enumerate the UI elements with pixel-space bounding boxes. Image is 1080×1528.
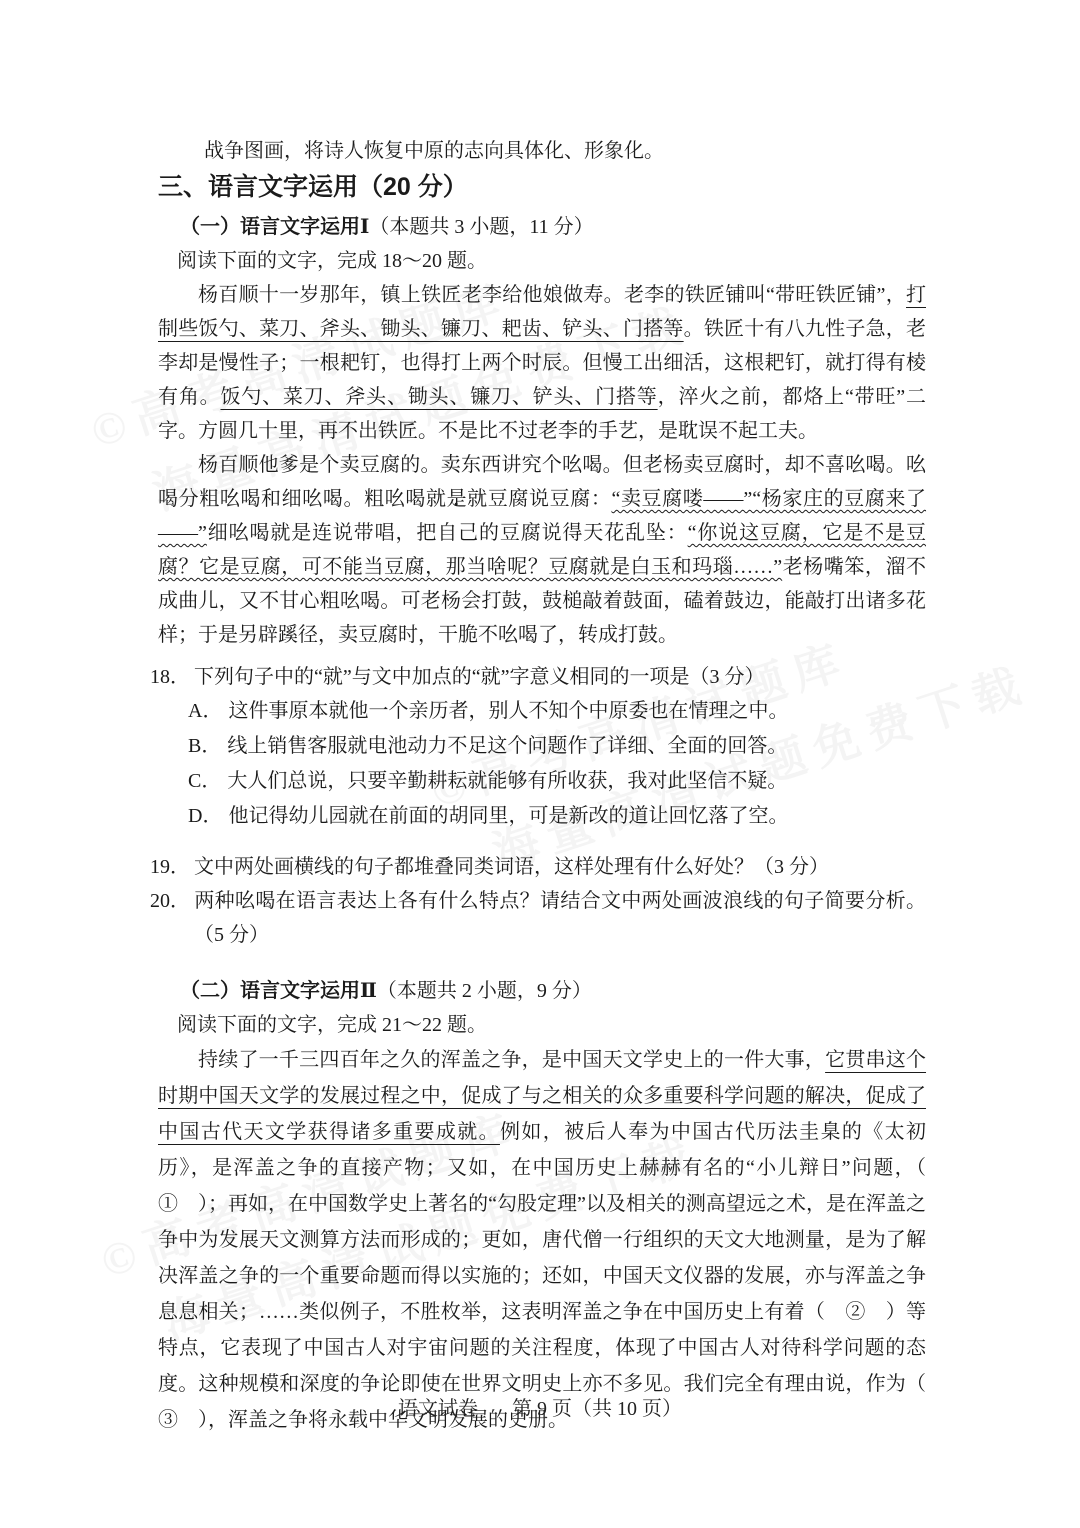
question-18-option-c: C．大人们总说，只要辛勤耕耘就能够有所收获，我对此坚信不疑。 [158, 764, 926, 799]
option-d-label: D． [188, 805, 222, 827]
option-b-label: B． [188, 735, 221, 757]
passage-segment: 就 [426, 488, 447, 510]
question-19-stem: 文中两处画横线的句子都堆叠同类词语，这样处理有什么好处？（3 分） [194, 856, 829, 878]
part1-heading-info: （本题共 3 小题，11 分） [369, 216, 593, 238]
question-18-stem: 下列句子中的“就”与文中加点的“就”字意义相同的一项是（3 分） [194, 666, 765, 688]
passage-segment: 是就豆腐说豆腐： [447, 488, 612, 510]
footer-page-number: 第 9 页（共 10 页） [512, 1398, 682, 1420]
option-b-text: 线上销售客服就电池动力不足这个问题作了详细、全面的回答。 [227, 735, 787, 757]
page-footer: 语文试卷第 9 页（共 10 页） [0, 1392, 1080, 1421]
question-18-number: 18． [150, 660, 194, 694]
passage-segment: 例如，被后人奉为中国古代历法圭臬的《太初历》，是浑盖之争的直接产物；又如，在中国… [158, 1121, 946, 1431]
part2-heading-info: （本题共 2 小题，9 分） [377, 980, 592, 1002]
exam-page: ©高考高清试题库 海量高清试题免费下载 ©高考高清试题库 海量高清试题免费下载 … [0, 0, 1080, 1528]
passage-paragraph-2: 杨百顺他爹是个卖豆腐的。卖东西讲究个吆喝。但老杨卖豆腐时，却不喜吆喝。吆喝分粗吆… [158, 448, 926, 652]
passage-segment: 杨百顺十一岁那年，镇上铁匠老李给他娘做寿。老李的铁匠铺叫“带旺铁匠铺”， [198, 284, 906, 306]
passage-paragraph-1: 杨百顺十一岁那年，镇上铁匠老李给他娘做寿。老李的铁匠铺叫“带旺铁匠铺”，打制些饭… [158, 278, 926, 448]
question-19-number: 19． [150, 850, 194, 884]
footer-exam-title: 语文试卷 [398, 1398, 478, 1420]
question-20-stem: 两种吆喝在语言表达上各有什么特点？请结合文中两处画波浪线的句子简要分析。（5 分… [194, 890, 926, 946]
section-heading: 三、语言文字运用（20 分） [158, 168, 926, 206]
passage-segment: 持续了一千三四百年之久的浑盖之争，是中国天文学史上的一件大事， [198, 1049, 825, 1071]
passage-segment: 饭勺、菜刀、斧头、锄头、镰刀、铲头、门搭等 [220, 386, 657, 408]
part1-heading: （一）语言文字运用Ⅰ（本题共 3 小题，11 分） [158, 210, 926, 244]
part1-reading-instruction: 阅读下面的文字，完成 18～20 题。 [158, 244, 926, 278]
option-c-label: C． [188, 770, 221, 792]
part1-heading-title: （一）语言文字运用Ⅰ [180, 216, 369, 238]
option-a-text: 这件事原本就他一个亲历者，别人不知个中原委也在情理之中。 [228, 700, 788, 722]
question-18-option-a: A．这件事原本就他一个亲历者，别人不知个中原委也在情理之中。 [158, 694, 926, 729]
question-18: 18．下列句子中的“就”与文中加点的“就”字意义相同的一项是（3 分） [150, 660, 926, 694]
part2-heading-title: （二）语言文字运用Ⅱ [180, 980, 377, 1002]
answer-continuation-line: 战争图画，将诗人恢复中原的志向具体化、形象化。 [158, 134, 926, 168]
part2-heading: （二）语言文字运用Ⅱ（本题共 2 小题，9 分） [158, 974, 926, 1008]
question-18-option-d: D．他记得幼儿园就在前面的胡同里，可是新改的道让回忆落了空。 [158, 799, 926, 834]
question-20-number: 20． [150, 884, 194, 918]
passage-paragraph-3: 持续了一千三四百年之久的浑盖之争，是中国天文学史上的一件大事，它贯串这个时期中国… [158, 1042, 926, 1438]
exam-content: 战争图画，将诗人恢复中原的志向具体化、形象化。 三、语言文字运用（20 分） （… [158, 134, 926, 1438]
option-d-text: 他记得幼儿园就在前面的胡同里，可是新改的道让回忆落了空。 [228, 805, 788, 827]
question-20: 20．两种吆喝在语言表达上各有什么特点？请结合文中两处画波浪线的句子简要分析。（… [150, 884, 926, 952]
passage-segment: 细吆喝就是连说带唱，把自己的豆腐说得天花乱坠： [207, 522, 688, 544]
question-19: 19．文中两处画横线的句子都堆叠同类词语，这样处理有什么好处？（3 分） [150, 850, 926, 884]
part2-reading-instruction: 阅读下面的文字，完成 21～22 题。 [158, 1008, 926, 1042]
option-c-text: 大人们总说，只要辛勤耕耘就能够有所收获，我对此坚信不疑。 [227, 770, 787, 792]
option-a-label: A． [188, 700, 222, 722]
question-18-option-b: B．线上销售客服就电池动力不足这个问题作了详细、全面的回答。 [158, 729, 926, 764]
